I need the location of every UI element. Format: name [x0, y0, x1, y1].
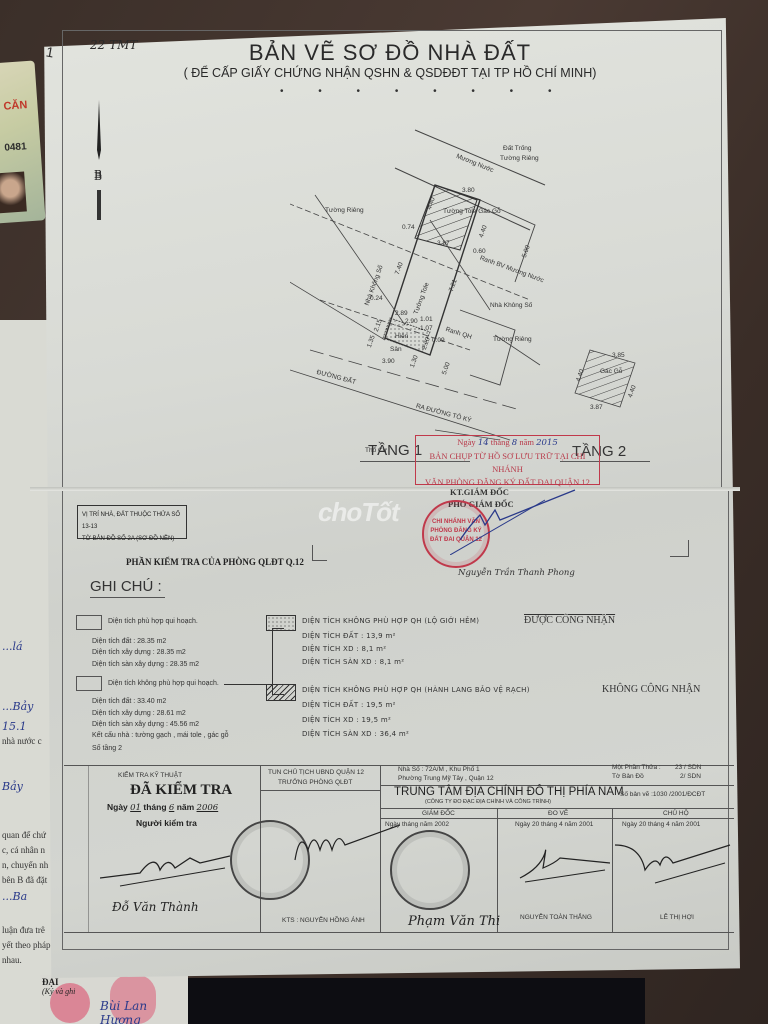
parcel-value: 23 / SDN [675, 764, 701, 771]
table-border [64, 932, 734, 933]
mezzanine-label: Gác Gỗ [600, 368, 622, 375]
plot-info-box: VỊ TRÍ NHÀ, ĐẤT THUỘC THỬA SỐ 13-13 TỜ B… [77, 505, 187, 539]
dim-024: 0.24 [370, 295, 383, 302]
id-card-text: CĂN [3, 99, 28, 113]
side-text: nhà nước c [2, 736, 42, 746]
document-subtitle: ( ĐỂ CẤP GIẤY CHỨNG NHẬN QSHN & QSDĐĐT T… [150, 66, 630, 80]
chairman-signature [290, 820, 400, 870]
side-text: ...Bảy [2, 700, 33, 713]
dotted-legend-swatch [266, 615, 296, 631]
non-compliant-built: Diện tích xây dựng : 28.61 m2 [92, 710, 186, 717]
non-compliant-land: Diện tích đất : 33.40 m2 [92, 698, 166, 705]
urban-title-1: TUN CHỦ TỊCH UBND QUẬN 12 [268, 769, 364, 776]
side-text: yết theo pháp [2, 940, 51, 950]
director-title: GIÁM ĐỐC [422, 810, 455, 817]
director-name: Phạm Văn Thi [408, 914, 500, 929]
director-date: Ngày tháng năm 2002 [385, 821, 449, 828]
recognized-status: ĐƯỢC CÔNG NHẬN [524, 615, 615, 626]
dim-101: 1.01 [420, 316, 433, 323]
dim-289: 2.89 [395, 310, 408, 317]
id-card-number: 0481 [4, 141, 27, 154]
notes-underline [90, 597, 165, 598]
dim-107: 1.07 [420, 325, 433, 332]
side-text: n, chuyển nh [2, 860, 48, 870]
side-text: quan để chứ [2, 830, 46, 840]
connector-line [224, 684, 272, 685]
recognized-title: DIỆN TÍCH KHÔNG PHÙ HỢP QH (LỘ GIỚI HẺM) [302, 617, 479, 625]
deputy-signature [450, 485, 580, 555]
north-arrow-icon: B [92, 100, 106, 220]
owner-signature [615, 835, 735, 885]
ward-district: Phường Trung Mỹ Tây , Quận 12 [398, 775, 494, 782]
owner-date: Ngày 20 tháng 4 năm 2001 [622, 821, 700, 828]
owner-name: LÊ THỊ HỢI [660, 914, 694, 921]
dim-009: 0.09 [432, 337, 445, 344]
dim-060: 0.60 [473, 248, 486, 255]
side-text: ...Ba [2, 890, 27, 903]
drawing-number: Số bản vẽ :1030 /2001/ĐCĐT [620, 791, 705, 798]
inspection-heading: PHẦN KIỂM TRA CỦA PHÒNG QLĐT Q.12 [126, 557, 304, 567]
not-recognized-title: DIỆN TÍCH KHÔNG PHÙ HỢP QH (HÀNH LANG BẢ… [302, 686, 530, 694]
label-nha-khong-so-right: Nhà Không Số [490, 302, 532, 309]
map-value: 2/ SDN [680, 773, 701, 780]
surveyor-name: NGUYỄN TOÀN THẮNG [520, 914, 592, 921]
not-recognized-status: KHÔNG CÔNG NHẬN [602, 684, 700, 695]
dim-bottom-width: 3.90 [382, 358, 395, 365]
dim-290: 2.90 [405, 318, 418, 325]
plot-map-sheet: TỜ BẢN ĐỒ SỐ 2A (SƠ ĐỒ NỀN) [82, 533, 182, 545]
mezzanine-bottom: 3.87 [590, 404, 603, 411]
dim-top-width: 3.80 [462, 187, 475, 194]
hatched-legend-swatch [266, 684, 296, 701]
checker-label: Người kiểm tra [136, 818, 197, 828]
checker-name: Đỗ Văn Thành [112, 900, 199, 914]
corner-mark [670, 556, 689, 557]
checker-signature [100, 848, 230, 888]
table-border [260, 790, 380, 791]
bottom-paper: ĐẠI (Ký và ghi Bùi Lan Hương [40, 975, 188, 1024]
side-text: 15.1 [2, 720, 27, 733]
non-compliant-label: Diện tích không phù hợp qui hoạch. [108, 680, 219, 687]
architect-name: KTS : NGUYỄN HỒNG ÁNH [282, 917, 365, 924]
compliant-legend-box [76, 615, 102, 630]
side-text: bên B đã đặt [2, 875, 47, 885]
bottom-sub: (Ký và ghi [42, 987, 75, 996]
map-label: Tờ Bản Đồ [612, 773, 644, 780]
compliant-built: Diện tích xây dựng : 28.35 m2 [92, 649, 186, 656]
stamp-year: 2015 [536, 438, 558, 448]
dim-074: 0.74 [402, 224, 415, 231]
surveyor-title: ĐO VẼ [548, 810, 568, 817]
urban-title-2: TRƯỞNG PHÒNG QLĐT [278, 779, 352, 786]
mezzanine-top: 3.85 [612, 352, 625, 359]
stamp-month: 8 [512, 438, 517, 448]
tech-check-title: KIỂM TRA KỸ THUẬT [118, 772, 182, 779]
bottom-label: ĐẠI [42, 977, 59, 987]
signer-name: Nguyễn Trần Thanh Phong [458, 568, 575, 578]
id-card-photo [0, 171, 27, 213]
label-tuong-rieng-left: Tường Riêng [325, 207, 364, 214]
non-compliant-floor: Diện tích sàn xây dựng : 45.56 m2 [92, 721, 199, 728]
recognized-floor: DIỆN TÍCH SÀN XD : 8,1 m² [302, 658, 404, 666]
copy-stamp: Ngày 14 tháng 8 năm 2015 BẢN CHỤP TỪ HỒ … [415, 435, 600, 485]
north-letter: B [94, 170, 102, 183]
corner-mark [312, 545, 313, 560]
survey-center-name: TRUNG TÂM ĐỊA CHÍNH ĐÔ THỊ PHÍA NAM [394, 786, 624, 798]
not-recognized-built: DIỆN TÍCH XD : 19,5 m² [302, 716, 391, 724]
house-structure: Kết cấu nhà : tường gạch , mái tole , gá… [92, 732, 229, 739]
owner-title: CHỦ HỘ [663, 810, 689, 817]
label-san: Sân [390, 346, 402, 353]
side-text: Bảy [2, 780, 23, 793]
surveyor-signature [505, 838, 615, 883]
compliant-land: Diện tích đất : 28.35 m2 [92, 638, 166, 645]
non-compliant-legend-box [76, 676, 102, 691]
label-tuong-rieng-right: Tường Riêng [493, 336, 532, 343]
floor-count: Số tầng 2 [92, 745, 122, 752]
compliant-floor: Diện tích sàn xây dựng : 28.35 m2 [92, 661, 199, 668]
label-tuong-tole-gac-go: Tường Tole Gác Gỗ [443, 208, 501, 215]
table-border [88, 765, 89, 933]
stamp-day: 14 [478, 438, 489, 448]
side-text: luận đưa trê [2, 925, 45, 935]
label-dat-trong: Đất Trống [503, 145, 532, 152]
label-tuong-rieng: Tường Riêng [500, 155, 539, 162]
corner-mark [312, 560, 327, 561]
plot-parcel: VỊ TRÍ NHÀ, ĐẤT THUỘC THỬA SỐ 13-13 [82, 509, 182, 533]
dark-surface [185, 978, 645, 1024]
chotot-watermark: choTốt [318, 497, 399, 528]
compliant-label: Diện tích phù hợp qui hoạch. [108, 618, 198, 625]
bottom-signature: Bùi Lan Hương [100, 999, 188, 1024]
side-text: nhau. [2, 955, 22, 965]
document-title: BẢN VẼ SƠ ĐỒ NHÀ ĐẤT [170, 40, 610, 66]
survey-center-sub: (CÔNG TY ĐO ĐẠC ĐỊA CHÍNH VÀ CÔNG TRÌNH) [425, 799, 551, 805]
site-plan-drawing [290, 120, 590, 450]
side-text: c, cá nhân n [2, 845, 45, 855]
stamp-date-line: Ngày 14 tháng 8 năm 2015 [416, 436, 599, 450]
not-recognized-floor: DIỆN TÍCH SÀN XD : 36,4 m² [302, 730, 409, 738]
surveyor-date: Ngày 20 tháng 4 năm 2001 [515, 821, 593, 828]
paper-fold [30, 487, 740, 491]
table-border [380, 818, 734, 819]
table-border [380, 808, 734, 809]
survey-center-seal [390, 830, 470, 910]
notes-title: GHI CHÚ : [90, 578, 162, 595]
recognized-built: DIỆN TÍCH XD : 8,1 m² [302, 645, 386, 653]
corner-mark [688, 540, 689, 556]
parcel-label: Một Phần Thửa : [612, 764, 661, 771]
tech-check-date: Ngày 01 tháng 6 năm 2006 [107, 802, 218, 813]
label-hien: Hiên [395, 333, 408, 340]
stamp-line-1: BẢN CHỤP TỪ HỒ SƠ LƯU TRỮ TẠI CHI NHÁNH [416, 450, 599, 476]
checked-status: ĐÃ KIỂM TRA [130, 782, 232, 799]
recognized-land: DIỆN TÍCH ĐẤT : 13,9 m² [302, 632, 396, 640]
not-recognized-land: DIỆN TÍCH ĐẤT : 19,5 m² [302, 701, 396, 709]
side-text: ...lá [2, 640, 23, 653]
house-number: Nhà Số : 72A/M , Khu Phố 1 [398, 766, 480, 773]
dot-separator: • • • • • • • • [280, 86, 567, 97]
corner-note: 22 TMT [90, 38, 137, 52]
dim-387: 3.87 [437, 240, 450, 247]
